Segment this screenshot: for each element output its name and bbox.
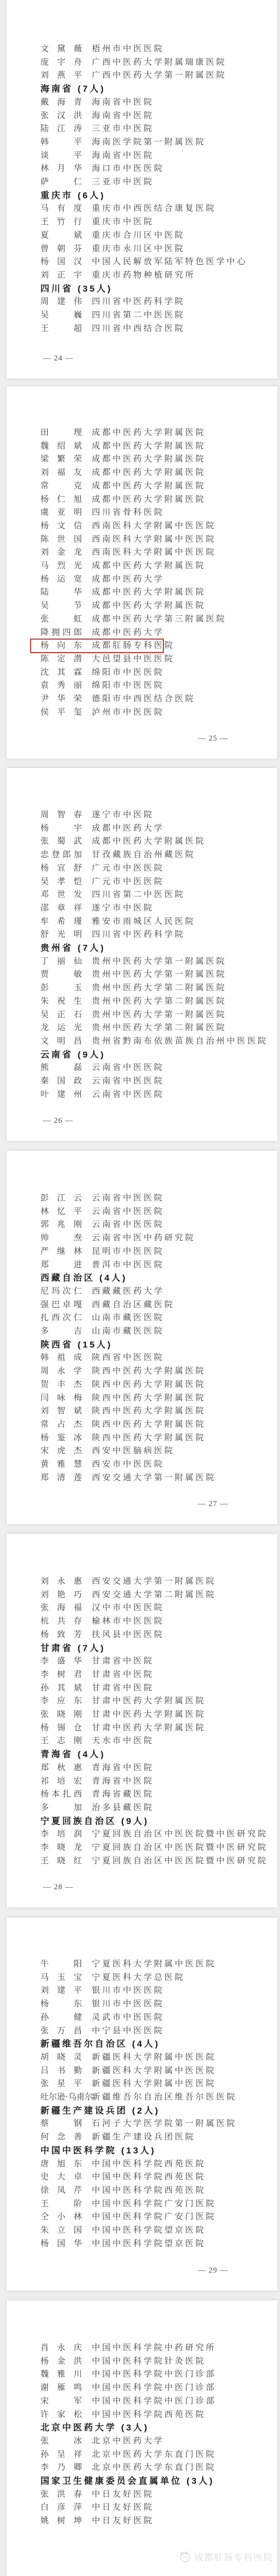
organization-name: 甘肃省中医院 bbox=[92, 1670, 154, 1680]
organization-name: 银川市中医医院 bbox=[92, 1986, 164, 1996]
table-row: 魏绍斌成都中医药大学附属医院 bbox=[7, 441, 277, 452]
table-row: 杨文信西南医科大学附属中医医院 bbox=[7, 521, 277, 531]
organization-name: 中国中医科学院望京医院 bbox=[92, 2225, 206, 2236]
province-header-row: 四川省 (35人) bbox=[7, 284, 277, 294]
organization-name: 中国中医科学院西苑医院 bbox=[92, 2186, 206, 2196]
organization-name: 成都中医药大学附属医院 bbox=[92, 495, 206, 505]
table-row: 扎西次仁山南市藏医医院 bbox=[7, 1313, 277, 1323]
person-name: 陈定潜 bbox=[40, 654, 82, 664]
table-row: 严继林昆明市中医医院 bbox=[7, 1247, 277, 1257]
table-row: 杨本扎西青海省藏医院 bbox=[7, 1789, 277, 1800]
table-row: 常占杰陕西中医药大学附属医院 bbox=[7, 1420, 277, 1430]
organization-name: 青海省中医院 bbox=[92, 1763, 154, 1773]
table-row: 牛 阳宁夏医科大学附属中医医院 bbox=[7, 1959, 277, 1970]
organization-name: 成都中医药大学 bbox=[92, 574, 164, 585]
person-name: 郭兆刚 bbox=[40, 1220, 82, 1230]
table-row: 周智春遂宁市中医院 bbox=[7, 810, 277, 820]
table-row: 秦国政云南省中医医院 bbox=[7, 1076, 277, 1087]
person-name: 张 虹 bbox=[40, 614, 82, 625]
table-row: 陆江涛三亚市中医院 bbox=[7, 124, 277, 134]
organization-name: 云南省中医医院 bbox=[92, 1090, 164, 1100]
person-name: 刘建平 bbox=[40, 1986, 82, 1996]
province-header-row: 云南省 (9人) bbox=[7, 1050, 277, 1060]
organization-name: 新疆医科大学附属中医医院 bbox=[92, 2066, 216, 2076]
table-row: 曾朝芬重庆市永川区中医院 bbox=[7, 244, 277, 254]
table-row: 马有度重庆市中西医结合康复医院 bbox=[7, 204, 277, 214]
person-name: 常占杰 bbox=[40, 1420, 82, 1430]
person-name: 孙 健 bbox=[40, 2013, 82, 2023]
person-name: 谢雁鸣 bbox=[40, 2383, 82, 2393]
person-name: 严继林 bbox=[40, 1247, 82, 1257]
person-name: 张晓刚 bbox=[40, 1710, 82, 1720]
organization-name: 绵阳市中医医院 bbox=[92, 668, 164, 678]
person-name: 多 加 bbox=[40, 1803, 82, 1813]
person-name: 吐尔逊·乌甫尔 bbox=[40, 2092, 93, 2103]
document-page: 肖永庆中国中医科学院中药研究所杨金洪中国中医科学院针灸医院魏雅川中国中医科学院中… bbox=[7, 2300, 277, 2576]
person-name: 张 冰 bbox=[40, 2436, 82, 2447]
hospital-logo-icon bbox=[179, 2551, 191, 2563]
table-row: 袁秀丽绵阳市中医医院 bbox=[7, 681, 277, 691]
table-row: 李树君甘肃省中医院 bbox=[7, 1670, 277, 1680]
organization-name: 西安交通大学第一附属医院 bbox=[92, 1473, 216, 1483]
organization-name: 绵阳市中医医院 bbox=[92, 681, 164, 691]
person-name: 张蜀武 bbox=[40, 836, 82, 847]
table-row: 刘艳巧西安交通大学第二附属医院 bbox=[7, 1590, 277, 1600]
organization-name: 海口市中医医院 bbox=[92, 164, 164, 174]
person-name: 肖永庆 bbox=[40, 2343, 82, 2353]
organization-name: 中国中医科学院广安门医院 bbox=[92, 2199, 216, 2209]
person-name: 彭江云 bbox=[40, 1193, 82, 1204]
organization-name: 广元市中医医院 bbox=[92, 863, 164, 874]
province-header: 云南省 (9人) bbox=[40, 1050, 106, 1060]
document-page: 刘永惠西安交通大学第一附属医院刘艳巧西安交通大学第二附属医院张海福汉中市中医医院… bbox=[7, 1534, 277, 1907]
table-row: 王 阶中国中医科学院广安门医院 bbox=[7, 2199, 277, 2209]
organization-name: 泸州市中医医院 bbox=[92, 707, 164, 718]
table-row: 强巴卓嘎西藏自治区藏医院 bbox=[7, 1300, 277, 1310]
person-name: 邓世发 bbox=[40, 890, 82, 900]
organization-name: 三亚市中医院 bbox=[92, 177, 154, 187]
person-name: 吴 节 bbox=[40, 601, 82, 611]
organization-name: 成都中医药大学附属医院 bbox=[92, 836, 206, 847]
organization-name: 西安市中医医院 bbox=[92, 1459, 164, 1470]
person-name: 周建伟 bbox=[40, 297, 82, 307]
table-row: 沈其霖绵阳市中医医院 bbox=[7, 668, 277, 678]
organization-name: 重庆市合川区中医院 bbox=[92, 230, 185, 241]
table-row: 刘智斌陕西中医药大学附属医院 bbox=[7, 1406, 277, 1416]
person-name: 龙运光 bbox=[40, 1023, 82, 1033]
table-row: 杨锡仓甘肃中医药大学附属医院 bbox=[7, 1723, 277, 1733]
person-name: 杨金洪 bbox=[40, 2356, 82, 2367]
province-header: 西藏自治区 (4人) bbox=[40, 1273, 128, 1283]
table-row: 杨国华中国中医科学院望京医院 bbox=[7, 2239, 277, 2249]
table-row: 吐尔逊·乌甫尔新疆维吾尔自治区维吾尔医医院 bbox=[7, 2092, 277, 2103]
person-name: 降拥四郎 bbox=[40, 628, 82, 638]
table-row: 舒光明四川省中医药科学院 bbox=[7, 930, 277, 940]
organization-name: 中国中医科学院中药研究所 bbox=[92, 2343, 216, 2353]
table-row: 邓世发四川省第二中医医院 bbox=[7, 890, 277, 900]
person-name: 陆 华 bbox=[40, 587, 82, 598]
person-name: 贾 敏 bbox=[40, 969, 82, 980]
organization-name: 宁夏回族自治区中医医院暨中医研究院 bbox=[92, 1856, 268, 1866]
table-row: 吕书勤新疆医科大学附属中医医院 bbox=[7, 2066, 277, 2076]
person-name: 扎西次仁 bbox=[40, 1313, 82, 1323]
table-row: 郑 进普洱市中医医院 bbox=[7, 1260, 277, 1270]
person-name: 常 克 bbox=[40, 481, 82, 491]
person-name: 梁繁荣 bbox=[40, 454, 82, 465]
person-name: 闫咏梅 bbox=[40, 1393, 82, 1403]
province-header: 新疆生产建设兵团 (2人) bbox=[40, 2106, 160, 2116]
person-name: 郑秋惠 bbox=[40, 1763, 82, 1773]
province-header-row: 宁夏回族自治区 (9人) bbox=[7, 1816, 277, 1827]
table-row: 马烈光成都中医药大学附属医院 bbox=[7, 561, 277, 571]
table-row: 杨致芳扶风县中医医院 bbox=[7, 1630, 277, 1640]
table-row: 叶建州云南省中医医院 bbox=[7, 1090, 277, 1100]
table-row: 文黛薇梧州市中医医院 bbox=[7, 44, 277, 54]
organization-name: 甘肃省中医院 bbox=[92, 1656, 154, 1667]
person-name: 刘艳巧 bbox=[40, 1590, 82, 1600]
person-name: 虞亚明 bbox=[40, 508, 82, 518]
person-name: 王 超 bbox=[40, 324, 82, 334]
table-row: 李盛华甘肃省中医院 bbox=[7, 1656, 277, 1667]
organization-name: 银川市中医医院 bbox=[92, 1999, 164, 2009]
table-row: 谈 平海南省中医院 bbox=[7, 151, 277, 161]
table-row: 牟希瑾雅安市雨城区人民医院 bbox=[7, 917, 277, 927]
table-row: 祁培宏青海省中医院 bbox=[7, 1776, 277, 1787]
table-row: 谢雁鸣中国中医科学院中医门诊部 bbox=[7, 2383, 277, 2393]
table-row: 杨金洪中国中医科学院针灸医院 bbox=[7, 2356, 277, 2367]
page-number: — 27 — bbox=[198, 1499, 229, 1509]
person-name: 胡晓灵 bbox=[40, 2052, 82, 2063]
table-row: 彭 玉贵州中医药大学第二附属医院 bbox=[7, 983, 277, 993]
organization-name: 贵州中医药大学第一附属医院 bbox=[92, 1010, 227, 1020]
page-number: — 25 — bbox=[198, 734, 229, 743]
table-row: 尼玛次仁西藏藏医药大学 bbox=[7, 1286, 277, 1297]
table-row: 魏雅川中国中医科学院中医门诊部 bbox=[7, 2369, 277, 2380]
page-number: — 29 — bbox=[198, 2266, 229, 2275]
person-name: 李树君 bbox=[40, 1670, 82, 1680]
person-name: 唐旭东 bbox=[40, 2159, 82, 2169]
person-name: 杨鉴冰 bbox=[40, 1433, 82, 1443]
organization-name: 四川省第二中医医院 bbox=[92, 310, 185, 321]
person-name: 何念善 bbox=[40, 2132, 82, 2143]
organization-name: 成都中医药大学第三附属医院 bbox=[92, 614, 227, 625]
organization-name: 大邑望县中医医院 bbox=[92, 654, 175, 664]
person-name: 姚树坤 bbox=[40, 2516, 82, 2526]
organization-name: 陕西中医药大学附属医院 bbox=[92, 1366, 206, 1377]
table-row: 刘永惠西安交通大学第一附属医院 bbox=[7, 1576, 277, 1587]
person-name: 孙其斌 bbox=[40, 1683, 82, 1694]
province-header-row: 重庆市 (6人) bbox=[7, 191, 277, 201]
organization-name: 成都中医药大学 bbox=[92, 628, 164, 638]
province-header: 国家卫生健康委员会直属单位 (3人) bbox=[40, 2476, 215, 2486]
table-row: 张汉洪海南省中医院 bbox=[7, 111, 277, 121]
table-row: 常 克成都中医药大学附属医院 bbox=[7, 481, 277, 491]
organization-name: 中国中医科学院西苑医院 bbox=[92, 2410, 206, 2420]
person-name: 朱立国 bbox=[40, 2225, 82, 2236]
person-name: 贺丰杰 bbox=[40, 1380, 82, 1390]
person-name: 马玉宝 bbox=[40, 1973, 82, 1983]
person-name: 孙呈祥 bbox=[40, 2450, 82, 2460]
organization-name: 北京中医药大学 bbox=[92, 2436, 164, 2447]
organization-name: 中日友好医院 bbox=[92, 2490, 154, 2500]
person-name: 朱祝生 bbox=[40, 996, 82, 1007]
province-header-row: 新疆生产建设兵团 (2人) bbox=[7, 2106, 277, 2116]
organization-name: 宁夏回族自治区中医医院暨中医研究院 bbox=[92, 1843, 268, 1853]
table-row: 贾 敏贵州中医药大学第一附属医院 bbox=[7, 969, 277, 980]
organization-name: 四川省中医药科学院 bbox=[92, 930, 185, 940]
person-name: 牟希瑾 bbox=[40, 917, 82, 927]
table-row: 刘金龙西南医科大学附属中医医院 bbox=[7, 547, 277, 558]
person-name: 张汉洪 bbox=[40, 111, 82, 121]
organization-name: 陕西中医药大学附属医院 bbox=[92, 1433, 206, 1443]
table-row: 周永学陕西中医药大学附属医院 bbox=[7, 1366, 277, 1377]
table-row: 陈世国西南医科大学附属中医医院 bbox=[7, 534, 277, 545]
organization-name: 陕西中医药大学附属医院 bbox=[92, 1406, 206, 1416]
table-row: 邵章祥遂宁市中医院 bbox=[7, 903, 277, 914]
province-header: 贵州省 (7人) bbox=[40, 943, 106, 953]
table-row: 贺丰杰陕西中医药大学附属医院 bbox=[7, 1380, 277, 1390]
person-name: 宋虎杰 bbox=[40, 1446, 82, 1456]
table-row: 杨仁旭成都中医药大学附属医院 bbox=[7, 495, 277, 505]
table-row: 孙其斌甘肃省中医院 bbox=[7, 1683, 277, 1694]
person-name: 曾朝芬 bbox=[40, 244, 82, 254]
organization-name: 山南市藏医医院 bbox=[92, 1313, 164, 1323]
person-name: 仝小林 bbox=[40, 2212, 82, 2222]
table-row: 仝小林中国中医科学院广安门医院 bbox=[7, 2212, 277, 2222]
table-row: 马玉宝宁夏医科大学总医院 bbox=[7, 1973, 277, 1983]
table-row: 张晓刚甘肃中医药大学附属医院 bbox=[7, 1710, 277, 1720]
organization-name: 贵州省黔南布依族苗族自治州中医医院 bbox=[92, 1036, 268, 1047]
organization-name: 宁夏医科大学总医院 bbox=[92, 1973, 185, 1983]
table-row: 熊 磊云南省中医医院 bbox=[7, 1063, 277, 1073]
table-row: 郭兆刚云南省中医医院 bbox=[7, 1220, 277, 1230]
organization-name: 成都中医药大学附属医院 bbox=[92, 601, 206, 611]
person-name: 周永学 bbox=[40, 1366, 82, 1377]
organization-name: 云南省中医中药研究院 bbox=[92, 1233, 195, 1243]
person-name: 萨 仁 bbox=[40, 177, 82, 187]
person-name: 陆江涛 bbox=[40, 124, 82, 134]
organization-name: 海南医学院第一附属医院 bbox=[92, 137, 206, 148]
table-row: 陆 华成都中医药大学附属医院 bbox=[7, 587, 277, 598]
table-row: 杨 宇成都中医药大学 bbox=[7, 823, 277, 834]
table-row: 梁繁荣成都中医药大学附属医院 bbox=[7, 454, 277, 465]
province-header: 青海省 (4人) bbox=[40, 1749, 106, 1760]
table-row: 田 理成都中医药大学附属医院 bbox=[7, 428, 277, 438]
organization-name: 三亚市中医院 bbox=[92, 124, 154, 134]
table-row: 李培润宁夏回族自治区中医医院暨中医研究院 bbox=[7, 1829, 277, 1840]
page-number: — 26 — bbox=[43, 1116, 74, 1125]
person-name: 戴海青 bbox=[40, 97, 82, 108]
organization-name: 广西中医药大学第一附属医院 bbox=[92, 70, 227, 81]
organization-name: 成都中医药大学附属医院 bbox=[92, 561, 206, 571]
organization-name: 西安交通大学第一附属医院 bbox=[92, 1576, 216, 1587]
table-row: 黄雅慧西安市中医医院 bbox=[7, 1459, 277, 1470]
organization-name: 成都中医药大学附属医院 bbox=[92, 481, 206, 491]
organization-name: 西藏藏医药大学 bbox=[92, 1286, 164, 1297]
table-row: 吴 节成都中医药大学附属医院 bbox=[7, 601, 277, 611]
province-header: 北京中医药大学 (3人) bbox=[40, 2423, 149, 2433]
organization-name: 甘肃中医药大学附属医院 bbox=[92, 1710, 206, 1720]
person-name: 刘永惠 bbox=[40, 1576, 82, 1587]
person-name: 杨仁旭 bbox=[40, 495, 82, 505]
person-name: 杨本扎西 bbox=[40, 1789, 82, 1800]
person-name: 徐凤芹 bbox=[40, 2186, 82, 2196]
table-row: 刘燕平广西中医药大学第一附属医院 bbox=[7, 70, 277, 81]
table-row: 陈定潜大邑望县中医医院 bbox=[7, 654, 277, 664]
table-row: 王竹行重庆市中医院 bbox=[7, 217, 277, 227]
table-row: 李应东甘肃中医药大学附属医院 bbox=[7, 1696, 277, 1706]
person-name: 沈其霖 bbox=[40, 668, 82, 678]
organization-name: 山南市藏医医院 bbox=[92, 1326, 164, 1337]
organization-name: 四川省中医药科学院 bbox=[92, 297, 185, 307]
page-number: — 24 — bbox=[43, 354, 74, 363]
table-row: 忠登郎加甘孜藏族自治州藏医院 bbox=[7, 850, 277, 860]
table-row: 侯平玺泸州市中医医院 bbox=[7, 707, 277, 718]
person-name: 李应东 bbox=[40, 1696, 82, 1706]
person-name: 吴正石 bbox=[40, 1010, 82, 1020]
table-row: 何念善新疆生产建设兵团医院 bbox=[7, 2132, 277, 2143]
organization-name: 西安交通大学第二附属医院 bbox=[92, 1590, 216, 1600]
table-row: 史大卓中国中医科学院西苑医院 bbox=[7, 2172, 277, 2182]
organization-name: 中国中医科学院广安门医院 bbox=[92, 2212, 216, 2222]
organization-name: 雅安市雨城区人民医院 bbox=[92, 917, 195, 927]
person-name: 袁秀丽 bbox=[40, 681, 82, 691]
table-row: 多 加治多县藏医院 bbox=[7, 1803, 277, 1813]
organization-name: 新疆维吾尔自治区维吾尔医医院 bbox=[92, 2092, 237, 2103]
person-name: 李晓龙 bbox=[40, 1843, 82, 1853]
table-row: 龙运光贵州中医药大学第二附属医院 bbox=[7, 1023, 277, 1033]
document-page: 周智春遂宁市中医院杨 宇成都中医药大学张蜀武成都中医药大学附属医院忠登郎加甘孜藏… bbox=[7, 768, 277, 1141]
organization-name: 中国中医科学院针灸医院 bbox=[92, 2356, 206, 2367]
province-header-row: 国家卫生健康委员会直属单位 (3人) bbox=[7, 2476, 277, 2486]
person-name: 牛 阳 bbox=[40, 1959, 82, 1970]
table-row: 孙呈祥北京中医药大学东直门医院 bbox=[7, 2450, 277, 2460]
table-row: 文明昌贵州省黔南布依族苗族自治州中医医院 bbox=[7, 1036, 277, 1047]
person-name: 张万昌 bbox=[40, 2026, 82, 2036]
organization-name: 昆明市中医医院 bbox=[92, 1247, 164, 1257]
organization-name: 西安中医脑病医院 bbox=[92, 1446, 175, 1456]
person-name: 尹华荣 bbox=[40, 694, 82, 704]
table-row: 朱祝生贵州中医药大学第二附属医院 bbox=[7, 996, 277, 1007]
organization-name: 宁夏回族自治区中医医院暨中医研究院 bbox=[92, 1829, 268, 1840]
person-name: 韩祖成 bbox=[40, 1353, 82, 1363]
person-name: 庞宇舟 bbox=[40, 57, 82, 68]
document-page: 牛 阳宁夏医科大学附属中医医院马玉宝宁夏医科大学总医院刘建平银川市中医医院杨 东… bbox=[7, 1918, 277, 2291]
table-row: 刘福友成都中医药大学附属医院 bbox=[7, 468, 277, 478]
organization-name: 德阳市中西医结合医院 bbox=[92, 694, 195, 704]
organization-name: 海南省中医院 bbox=[92, 97, 154, 108]
document-page: 田 理成都中医药大学附属医院魏绍斌成都中医药大学附属医院梁繁荣成都中医药大学附属… bbox=[7, 386, 277, 759]
table-row: 彭江云云南省中医医院 bbox=[7, 1193, 277, 1204]
organization-name: 梧州市中医医院 bbox=[92, 44, 164, 54]
person-name: 吴 巍 bbox=[40, 310, 82, 321]
person-name: 李盛华 bbox=[40, 1656, 82, 1667]
person-name: 田 理 bbox=[40, 428, 82, 438]
organization-name: 海南省中医院 bbox=[92, 111, 154, 121]
table-row: 肖永庆中国中医科学院中药研究所 bbox=[7, 2343, 277, 2353]
organization-name: 石河子大学医学院第一附属医院 bbox=[92, 2119, 237, 2129]
page-number: — 28 — bbox=[43, 1883, 74, 1892]
table-row: 闫咏梅陕西中医药大学附属医院 bbox=[7, 1393, 277, 1403]
person-name: 吴孝恺 bbox=[40, 877, 82, 887]
person-name: 林月华 bbox=[40, 164, 82, 174]
person-name: 周智春 bbox=[40, 810, 82, 820]
person-name: 文黛薇 bbox=[40, 44, 82, 54]
organization-name: 西南医科大学附属中医医院 bbox=[92, 547, 216, 558]
table-row: 夏 斌重庆市合川区中医院 bbox=[7, 230, 277, 241]
organization-name: 汉中市中医医院 bbox=[92, 1603, 164, 1613]
table-row: 降拥四郎成都中医药大学 bbox=[7, 628, 277, 638]
organization-name: 中国中医科学院中医门诊部 bbox=[92, 2396, 216, 2407]
person-name: 尼玛次仁 bbox=[40, 1286, 82, 1297]
person-name: 吕书勤 bbox=[40, 2066, 82, 2076]
document-canvas: 文黛薇梧州市中医医院庞宇舟广西中医药大学附属瑞康医院刘燕平广西中医药大学第一附属… bbox=[0, 0, 280, 2576]
table-row: 林忆平云南省中医医院 bbox=[7, 1207, 277, 1217]
table-row: 萨 仁三亚市中医院 bbox=[7, 177, 277, 187]
organization-name: 甘肃中医药大学附属医院 bbox=[92, 1696, 206, 1706]
organization-name: 四川省第二中医医院 bbox=[92, 890, 185, 900]
person-name: 郑 进 bbox=[40, 1260, 82, 1270]
person-name: 白彦萍 bbox=[40, 2502, 82, 2513]
watermark-text: 成都肛肠专科医院 bbox=[194, 2550, 273, 2563]
organization-name: 榆林市中医医院 bbox=[92, 1616, 164, 1627]
organization-name: 中日友好医院 bbox=[92, 2502, 154, 2513]
organization-name: 广元市中医医院 bbox=[92, 877, 164, 887]
person-name: 宋 军 bbox=[40, 2396, 82, 2407]
person-name: 杨 东 bbox=[40, 1999, 82, 2009]
table-row: 宋虎杰西安中医脑病医院 bbox=[7, 1446, 277, 1456]
organization-name: 广西中医药大学附属瑞康医院 bbox=[92, 57, 227, 68]
table-row: 吴 巍四川省第二中医医院 bbox=[7, 310, 277, 321]
organization-name: 成都中医药大学附属医院 bbox=[92, 441, 206, 452]
person-name: 文明昌 bbox=[40, 1036, 82, 1047]
person-name: 邵章祥 bbox=[40, 903, 82, 914]
organization-name: 西藏自治区藏医院 bbox=[92, 1300, 175, 1310]
table-row: 许家松中国中医科学院西苑医院 bbox=[7, 2410, 277, 2420]
table-row: 戴海青海南省中医院 bbox=[7, 97, 277, 108]
table-row: 孙 健灵武市中医医院 bbox=[7, 2013, 277, 2023]
person-name: 郑清莲 bbox=[40, 1473, 82, 1483]
table-row: 丁丽仙贵州中医药大学第一附属医院 bbox=[7, 957, 277, 967]
person-name: 杨致芳 bbox=[40, 1630, 82, 1640]
province-header: 甘肃省 (7人) bbox=[40, 1643, 106, 1654]
organization-name: 甘孜藏族自治州藏医院 bbox=[92, 850, 195, 860]
organization-name: 四川省中西结合医院 bbox=[92, 324, 185, 334]
person-name: 韩 平 bbox=[40, 137, 82, 148]
table-row: 朱立国中国中医科学院望京医院 bbox=[7, 2225, 277, 2236]
province-header: 重庆市 (6人) bbox=[40, 191, 106, 201]
organization-name: 贵州中医药大学第一附属医院 bbox=[92, 969, 227, 980]
organization-name: 天水市中医院 bbox=[92, 1736, 154, 1746]
person-name: 王竹行 bbox=[40, 217, 82, 227]
person-name: 张海福 bbox=[40, 1603, 82, 1613]
person-name: 杨国汉 bbox=[40, 257, 82, 267]
organization-name: 遂宁市中医院 bbox=[92, 810, 154, 820]
province-header: 四川省 (35人) bbox=[40, 284, 113, 294]
table-row: 王志刚天水市中医院 bbox=[7, 1736, 277, 1746]
table-row: 虞亚明四川省骨科医院 bbox=[7, 508, 277, 518]
province-header-row: 甘肃省 (7人) bbox=[7, 1643, 277, 1654]
table-row: 韩祖成陕西省中医医院 bbox=[7, 1353, 277, 1363]
person-name: 刘福友 bbox=[40, 468, 82, 478]
table-row: 韩 平海南医学院第一附属医院 bbox=[7, 137, 277, 148]
organization-name: 贵州中医药大学第二附属医院 bbox=[92, 996, 227, 1007]
table-row: 杨宣舒广元市中医医院 bbox=[7, 863, 277, 874]
table-row: 王 超四川省中西结合医院 bbox=[7, 324, 277, 334]
person-name: 刘燕平 bbox=[40, 70, 82, 81]
organization-name: 青海省藏医院 bbox=[92, 1789, 154, 1800]
person-name: 彭 玉 bbox=[40, 983, 82, 993]
